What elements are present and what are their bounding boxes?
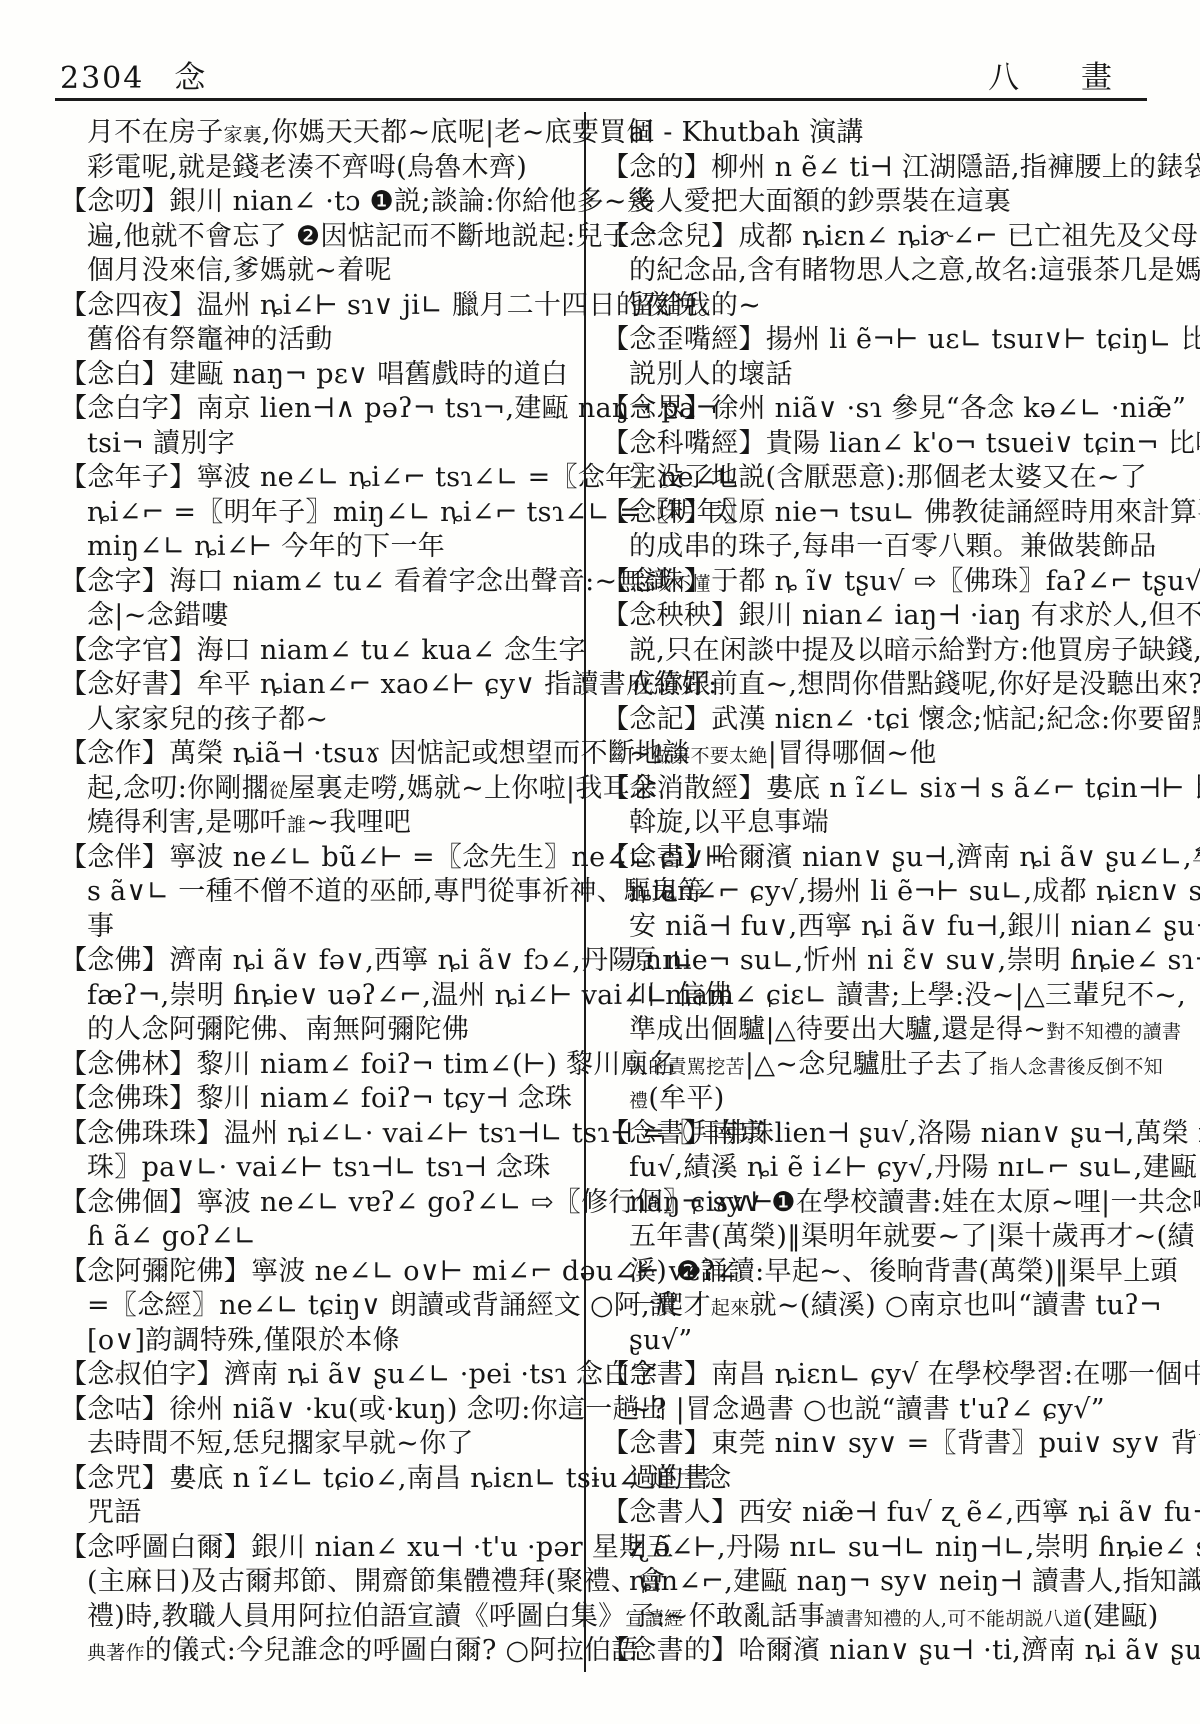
text-line: 的人念阿彌陀佛、南無阿彌陀佛	[60, 1013, 580, 1048]
text-line: 【念書】東莞 nin∨ sy∨ =〖背書〗pui∨ sy∨ 背誦念	[602, 1427, 1162, 1462]
text-segment: ʐ ə̃∠⊢,丹陽 nɪ∟ su⊣∟ niŋ⊣∟,崇明 ɦȵie∠ sɿ¬	[629, 1532, 1200, 1563]
text-line: 【念咒】婁底 n ĩ∠∟ tɕio∠,南昌 ȵiɛn∟ tsɨu∠ 道士念	[60, 1462, 580, 1497]
text-line: 準成出個驢|△待要出大驢,還是得~對不知禮的讀書	[602, 1013, 1162, 1048]
text-line: 【念的】柳州 n ẽ∠ ti⊣ 江湖隱語,指褲腰上的錶袋,許	[602, 151, 1162, 186]
text-segment: 溪) ❷誦讀:早起~、後晌背書(萬榮)‖渠早上頭	[629, 1256, 1178, 1287]
text-segment: ~? |冒念過書 ○也説“讀書 t'uʔ∠ ɕy√”	[629, 1394, 1105, 1425]
text-segment: 遍,他就不會忘了 ❷因惦記而不斷地説起:兒子一	[87, 221, 657, 252]
text-line: =〖念經〗ne∠∟ tɕiŋ∨ 朗讀或背誦經文 ○阿,讀	[60, 1289, 580, 1324]
text-line: al - Khutbah 演講	[602, 116, 1162, 151]
text-segment: 多人愛把大面額的鈔票裝在這裏	[629, 186, 1011, 217]
text-segment: al - Khutbah 演講	[629, 117, 864, 148]
small-gloss: 對不知禮的讀書	[1046, 1021, 1181, 1043]
small-gloss: 典著作	[87, 1642, 145, 1664]
text-segment: 在你跟前直~,想問你借點錢呢,你好是没聽出來?	[629, 669, 1200, 700]
text-line: 事	[60, 910, 580, 945]
text-line: 子:~伓敢亂話事讀書知禮的人,可不能胡説八道(建甌)	[602, 1600, 1162, 1635]
text-line: 起,念叨:你剛擱從屋裏走嘮,媽就~上你啦|我耳朵	[60, 772, 580, 807]
text-line: ɦ ã∠ goʔ∠∟	[60, 1220, 580, 1255]
text-line: 月不在房子家裏,你媽天天都~底呢|老~底要買個	[60, 116, 580, 151]
text-segment: 個月没來信,爹媽就~着呢	[87, 255, 392, 286]
text-line: 【念書】哈爾濱 nian∨ ʂu⊣,濟南 ȵi ã∨ ʂu∠∟,牟平	[602, 841, 1162, 876]
small-gloss: 起來	[711, 1297, 750, 1319]
text-segment: 彩電呢,就是錢老湊不齊呣(烏魯木齊)	[87, 152, 527, 183]
text-segment: [o∨]韵調特殊,僅限於本條	[87, 1325, 400, 1356]
text-line: naŋ¬ sy∨ ❶在學校讀書:娃在太原~哩|一共念嘮	[602, 1186, 1162, 1221]
text-line: 【念歪嘴經】揚州 li ẽ¬⊢ uɛ∟ tsuɪ∨⊢ tɕiŋ∟ 比喻背後	[602, 323, 1162, 358]
text-line: 川 niam∠ ɕiɛ∟ 讀書;上學:没~|△三輩兒不~,	[602, 979, 1162, 1014]
text-segment: 斡旋,以平息事端	[629, 807, 829, 838]
text-segment: |△~念兒驢肚子去了	[745, 1049, 989, 1080]
text-segment: 【念佛林】黎川 niam∠ foiʔ¬ tim∠(⊢) 黎川廟名	[60, 1049, 675, 1080]
text-line: 斡旋,以平息事端	[602, 806, 1162, 841]
text-line: 珠〗pa∨∟· vai∠⊢ tsɿ⊣∟ tsɿ⊣ 念珠	[60, 1151, 580, 1186]
text-segment: 【念消散經】婁底 n ĩ∠∟ siɤ⊣ s ã∠⌐ tɕin⊣⊢ 比喻居中	[602, 773, 1200, 804]
text-segment: 【念珠】太原 nie¬ tsu∟ 佛教徒誦經時用來計算次數	[602, 497, 1200, 528]
text-line: fu√,績溪 ȵi ẽ i∠⊢ ɕy√,丹陽 nɪ∟⌐ su∟,建甌	[602, 1151, 1162, 1186]
text-segment: 【念思】徐州 niã∨ ·sɿ 參見“各念 kə∠∟ ·niæ̃”	[602, 393, 1186, 424]
text-line: 【念科嘴經】貴陽 lian∠ k'o¬ tsuei∨ tɕin¬ 比喻人没	[602, 427, 1162, 462]
text-segment: ȵin∠⌐,建甌 naŋ¬ sy∨ neiŋ⊣ 讀書人,指知識分	[629, 1566, 1200, 1597]
text-segment: |冒得哪個~他	[768, 738, 937, 769]
text-segment: 【念佛】濟南 ȵi ã∨ fə∨,西寧 ȵi ã∨ fɔ∠,丹陽 nɪ∟	[60, 945, 694, 976]
text-line: 【念白】建甌 naŋ¬ pɛ∨ 唱舊戲時的道白	[60, 358, 580, 393]
text-segment: ,你媽天天都~底呢|老~底要買個	[262, 117, 654, 148]
text-segment: 留給我的~	[629, 290, 761, 321]
text-segment: fu√,績溪 ȵi ẽ i∠⊢ ɕy√,丹陽 nɪ∟⌐ su∟,建甌	[629, 1152, 1197, 1183]
text-segment: 的紀念品,含有睹物思人之意,故名:這張茶几是媽	[629, 255, 1200, 286]
text-line: 溪) ❷誦讀:早起~、後晌背書(萬榮)‖渠早上頭	[602, 1255, 1162, 1290]
text-segment: 去時間不短,恁兒擱家早就~你了	[87, 1428, 474, 1459]
text-segment: 川 niam∠ ɕiɛ∟ 讀書;上學:没~|△三輩兒不~,	[629, 980, 1186, 1011]
text-segment: 【念書】南昌 ȵiɛn∟ ɕy√ 在學校學習:在哪一個中學	[602, 1359, 1200, 1390]
text-line: 禮)時,教職人員用阿拉伯語宣讀《呼圖白集》宣讀經	[60, 1600, 580, 1635]
text-line: 完没了地説(含厭惡意):那個老太婆又在~了	[602, 461, 1162, 496]
text-segment: 的成串的珠子,每串一百零八顆。兼做裝飾品	[629, 531, 1157, 562]
text-line: 【念作】萬榮 ȵiã⊣ ·tsuɤ 因惦記或想望而不斷地談	[60, 737, 580, 772]
text-segment: 安 niã⊣ fu∨,西寧 ȵi ã∨ fu⊣,銀川 nian∠ ʂu⊣,太	[629, 911, 1200, 942]
text-line: 人家家兒的孩子都~	[60, 703, 580, 738]
small-gloss: 家裏	[224, 124, 263, 146]
dictionary-page: 2304念 八 畫 月不在房子家裏,你媽天天都~底呢|老~底要買個彩電呢,就是錢…	[0, 0, 1200, 1724]
text-line: 【念阿彌陀佛】寧波 ne∠∟ o∨⊢ mi∠⌐ dəu∠⊢ vɐʔ∠	[60, 1255, 580, 1290]
text-segment: 【念歪嘴經】揚州 li ẽ¬⊢ uɛ∟ tsuɪ∨⊢ tɕiŋ∟ 比喻背後	[602, 324, 1200, 355]
text-segment: 原 nie¬ su∟,忻州 ni ɛ̃∨ su∨,崇明 ɦȵie∠ sɿ¬,黎	[629, 945, 1200, 976]
text-line: 過的書	[602, 1462, 1162, 1497]
text-segment: 舊俗有祭竈神的活動	[87, 324, 333, 355]
text-line: 安 niã⊣ fu∨,西寧 ȵi ã∨ fu⊣,銀川 nian∠ ʂu⊣,太	[602, 910, 1162, 945]
text-segment: 【念叨】銀川 nian∠ ·tɔ ❶説;談論:你給他多~幾	[60, 186, 654, 217]
text-segment: 【念作】萬榮 ȵiã⊣ ·tsuɤ 因惦記或想望而不斷地談	[60, 738, 690, 769]
text-segment: (建甌)	[1082, 1601, 1158, 1632]
text-segment: 完没了地説(含厭惡意):那個老太婆又在~了	[629, 462, 1147, 493]
text-segment: 準成出個驢|△待要出大驢,還是得~	[629, 1014, 1046, 1045]
text-line: 【念書的】哈爾濱 nian∨ ʂu⊣ ·ti,濟南 ȵi ã∨ ʂu∠∟	[602, 1634, 1162, 1669]
small-gloss: 禮	[629, 1090, 648, 1112]
text-segment: 【念珠】于都 ȵ ĩ∨ tʂu√ ⇨〖佛珠〗faʔ∠⌐ tʂu√	[602, 566, 1200, 597]
text-line: 遍,他就不會忘了 ❷因惦記而不斷地説起:兒子一	[60, 220, 580, 255]
text-line: 【念叔伯字】濟南 ȵi ã∨ ʂu∠∟ ·pei ·tsɿ 念白字	[60, 1358, 580, 1393]
small-gloss: 從	[269, 780, 288, 802]
header-rule	[55, 98, 1147, 101]
text-line: 留給我的~	[602, 289, 1162, 324]
small-gloss: 指人念書後反倒不知	[989, 1056, 1163, 1078]
text-segment: 【念書】東莞 nin∨ sy∨ =〖背書〗pui∨ sy∨ 背誦念	[602, 1428, 1200, 1459]
text-segment: 燒得利害,是哪吀	[87, 807, 287, 838]
text-segment: 説別人的壞話	[629, 359, 793, 390]
text-segment: 珠〗pa∨∟· vai∠⊢ tsɿ⊣∟ tsɿ⊣ 念珠	[87, 1152, 551, 1183]
text-line: 【念佛個】寧波 ne∠∟ vɐʔ∠ goʔ∠∟ ⇨〖修行個〗ɕiɤ∨⊢	[60, 1186, 580, 1221]
small-gloss: 做事不要太絶	[652, 745, 768, 767]
text-line: 【念書】南京 lien⊣ ʂu√,洛陽 nian∨ ʂu⊣,萬榮 ȵiæ̃∨	[602, 1117, 1162, 1152]
text-line: ~? |冒念過書 ○也説“讀書 t'uʔ∠ ɕy√”	[602, 1393, 1162, 1428]
text-line: 禮(牟平)	[602, 1082, 1162, 1117]
small-gloss: 誰	[287, 814, 306, 836]
text-line: 舊俗有祭竈神的活動	[60, 323, 580, 358]
text-line: 説,只在闲談中提及以暗示給對方:他買房子缺錢,	[602, 634, 1162, 669]
text-segment: 【念字官】海口 niam∠ tu∠ kua∠ 念生字	[60, 635, 586, 666]
text-line: 【念字官】海口 niam∠ tu∠ kua∠ 念生字	[60, 634, 580, 669]
text-line: 念|~念錯嘍	[60, 599, 580, 634]
text-segment: 【念書】哈爾濱 nian∨ ʂu⊣,濟南 ȵi ã∨ ʂu∠∟,牟平	[602, 842, 1200, 873]
text-segment: =〖念經〗ne∠∟ tɕiŋ∨ 朗讀或背誦經文 ○阿,讀	[87, 1290, 677, 1321]
text-line: 【念佛林】黎川 niam∠ foiʔ¬ tim∠(⊢) 黎川廟名	[60, 1048, 580, 1083]
small-gloss: 人的責駡挖苦	[629, 1056, 745, 1078]
text-segment: 人家家兒的孩子都~	[87, 704, 328, 735]
text-segment: 的儀式:今兒誰念的呼圖白爾? ○阿拉伯語	[145, 1635, 639, 1666]
text-line: s ã∨∟ 一種不僧不道的巫師,專門從事祈神、驅鬼等	[60, 875, 580, 910]
text-segment: ʂu√”	[629, 1325, 692, 1356]
text-segment: ȵian∠⌐ ɕy√,揚州 li ẽ¬⊢ su∟,成都 ȵiɛn∨ su¬,西	[629, 876, 1200, 907]
text-line: 【念佛】濟南 ȵi ã∨ fə∨,西寧 ȵi ã∨ fɔ∠,丹陽 nɪ∟	[60, 944, 580, 979]
text-segment: 【念字】海口 niam∠ tu∠ 看着字念出聲音:~無識	[60, 566, 672, 597]
text-line: 【念呼圖白爾】銀川 nian∠ xu⊣ ·t'u ·pər 星期五	[60, 1531, 580, 1566]
text-line: 【念書】南昌 ȵiɛn∟ ɕy√ 在學校學習:在哪一個中學	[602, 1358, 1162, 1393]
page-number: 2304	[60, 61, 144, 96]
text-line: 的成串的珠子,每串一百零八顆。兼做裝飾品	[602, 530, 1162, 565]
column-right: al - Khutbah 演講【念的】柳州 n ẽ∠ ti⊣ 江湖隱語,指褲腰上…	[602, 116, 1162, 1669]
text-line: 在你跟前直~,想問你借點錢呢,你好是没聽出來?	[602, 668, 1162, 703]
text-line: 多人愛把大面額的鈔票裝在這裏	[602, 185, 1162, 220]
text-segment: 子:~伓敢亂話事	[629, 1601, 825, 1632]
text-segment: ~我哩吧	[306, 807, 411, 838]
text-line: 【念咕】徐州 niã∨ ·ku(或·kuŋ) 念叨:你這一趟出	[60, 1393, 580, 1428]
text-segment: 月不在房子	[87, 117, 224, 148]
text-segment: 禮)時,教職人員用阿拉伯語宣讀《呼圖白集》	[87, 1601, 625, 1632]
text-segment: 【念科嘴經】貴陽 lian∠ k'o¬ tsuei∨ tɕin¬ 比喻人没	[602, 428, 1200, 459]
text-line: 彩電呢,就是錢老湊不齊呣(烏魯木齊)	[60, 151, 580, 186]
text-segment: 【念的】柳州 n ẽ∠ ti⊣ 江湖隱語,指褲腰上的錶袋,許	[602, 152, 1200, 183]
text-line: 【念字】海口 niam∠ tu∠ 看着字念出聲音:~無識不懂	[60, 565, 580, 600]
text-line: ʂu√”	[602, 1324, 1162, 1359]
text-line: ȵian∠⌐ ɕy√,揚州 li ẽ¬⊢ su∟,成都 ȵiɛn∨ su¬,西	[602, 875, 1162, 910]
text-line: 原 nie¬ su∟,忻州 ni ɛ̃∨ su∨,崇明 ɦȵie∠ sɿ¬,黎	[602, 944, 1162, 979]
text-segment: 【念記】武漢 niɛn∠ ·tɕi 懷念;惦記;紀念:你要留點	[602, 704, 1200, 735]
text-line: 【念伴】寧波 ne∠∟ bũ∠⊢ =〖念先生〗ne∠∟ ɕi∨⊢	[60, 841, 580, 876]
text-segment: 【念書的】哈爾濱 nian∨ ʂu⊣ ·ti,濟南 ȵi ã∨ ʂu∠∟	[602, 1635, 1200, 1666]
text-line: 燒得利害,是哪吀誰~我哩吧	[60, 806, 580, 841]
text-segment: 【念白】建甌 naŋ¬ pɛ∨ 唱舊戲時的道白	[60, 359, 568, 390]
text-segment: 的人念阿彌陀佛、南無阿彌陀佛	[87, 1014, 469, 1045]
text-line: ȵin∠⌐,建甌 naŋ¬ sy∨ neiŋ⊣ 讀書人,指知識分	[602, 1565, 1162, 1600]
text-line: fæʔ¬,崇明 ɦȵie∨ uəʔ∠⌐,温州 ȵi∠⊢ vai∠∟ 信佛	[60, 979, 580, 1014]
text-line: 【念好書】牟平 ȵian∠⌐ xao∠⊢ ɕy∨ 指讀書成績好:	[60, 668, 580, 703]
text-segment: 【念秧秧】銀川 nian∠ iaŋ⊣ ·iaŋ 有求於人,但不直	[602, 600, 1200, 631]
page-header: 2304念 八 畫	[60, 52, 1142, 94]
text-line: 【念珠】太原 nie¬ tsu∟ 佛教徒誦經時用來計算次數	[602, 496, 1162, 531]
text-segment: 【念書人】西安 niæ̃⊣ fu√ ʐ ẽ∠,西寧 ȵi ã∨ fu⊣	[602, 1497, 1200, 1528]
text-line: 【念佛珠珠】温州 ȵi∠∟· vai∠⊢ tsɿ⊣∟ tsɿ⊣ =〖拜佛珠	[60, 1117, 580, 1152]
text-line: 【念秧秧】銀川 nian∠ iaŋ⊣ ·iaŋ 有求於人,但不直	[602, 599, 1162, 634]
text-line: 【念珠】于都 ȵ ĩ∨ tʂu√ ⇨〖佛珠〗faʔ∠⌐ tʂu√	[602, 565, 1162, 600]
text-segment: 【念念兒】成都 ȵiɛn∠ ȵiɚ∠⌐ 已亡祖先及父母留下來	[602, 221, 1200, 252]
text-line: 典著作的儀式:今兒誰念的呼圖白爾? ○阿拉伯語	[60, 1634, 580, 1669]
text-segment: 就~(績溪) ○南京也叫“讀書 tuʔ¬	[750, 1290, 1163, 1321]
text-line: ȵi∠⌐ =〖明年子〗miŋ∠∟ ȵi∠⌐ tsɿ∠∟ =〖明年〗	[60, 496, 580, 531]
text-line: 【念年子】寧波 ne∠∟ ȵi∠⌐ tsɿ∠∟ =〖念年〗ne∠∟	[60, 461, 580, 496]
text-segment: (主麻日)及古爾邦節、開齋節集體禮拜(聚禮、會	[87, 1566, 666, 1597]
text-line: 【念白字】南京 lien⊣∧ pəʔ¬ tsɿ¬,建甌 naŋ¬ pa¬	[60, 392, 580, 427]
text-line: 個月没來信,爹媽就~着呢	[60, 254, 580, 289]
text-line: 去時間不短,恁兒擱家早就~你了	[60, 1427, 580, 1462]
text-line: 説別人的壞話	[602, 358, 1162, 393]
text-line: 【念思】徐州 niã∨ ·sɿ 參見“各念 kə∠∟ ·niæ̃”	[602, 392, 1162, 427]
text-line: 【念記】武漢 niɛn∠ ·tɕi 懷念;惦記;紀念:你要留點	[602, 703, 1162, 738]
text-line: 【念念兒】成都 ȵiɛn∠ ȵiɚ∠⌐ 已亡祖先及父母留下來	[602, 220, 1162, 255]
text-line: 【念四夜】温州 ȵi∠⊢ sɿ∨ ji∟ 臘月二十四日的夜晚。	[60, 289, 580, 324]
text-segment: 説,只在闲談中提及以暗示給對方:他買房子缺錢,	[629, 635, 1200, 666]
text-line: 【念書人】西安 niæ̃⊣ fu√ ʐ ẽ∠,西寧 ȵi ã∨ fu⊣	[602, 1496, 1162, 1531]
text-segment: 【念叔伯字】濟南 ȵi ã∨ ʂu∠∟ ·pei ·tsɿ 念白字	[60, 1359, 658, 1390]
text-segment: 事	[87, 911, 114, 942]
small-gloss: 讀書知禮的人,可不能胡説八道	[825, 1608, 1082, 1630]
text-line: 咒語	[60, 1496, 580, 1531]
text-segment: 【念佛珠】黎川 niam∠ foiʔ¬ tɕy⊣ 念珠	[60, 1083, 572, 1114]
text-segment: 一爬才	[629, 1290, 711, 1321]
text-line: 五年書(萬榮)‖渠明年就要~了|渠十歲再才~(績	[602, 1220, 1162, 1255]
text-line: 【念佛珠】黎川 niam∠ foiʔ¬ tɕy⊣ 念珠	[60, 1082, 580, 1117]
text-segment: 【念呼圖白爾】銀川 nian∠ xu⊣ ·t'u ·pər 星期五	[60, 1532, 674, 1563]
text-line: tsi¬ 讀別字	[60, 427, 580, 462]
text-segment: 五年書(萬榮)‖渠明年就要~了|渠十歲再才~(績	[629, 1221, 1195, 1252]
text-segment: ɦ ã∠ goʔ∠∟	[87, 1221, 257, 1252]
section-label: 八 畫	[988, 52, 1138, 97]
text-line: 人的責駡挖苦|△~念兒驢肚子去了指人念書後反倒不知	[602, 1048, 1162, 1083]
text-line: 【念叨】銀川 nian∠ ·tɔ ❶説;談論:你給他多~幾	[60, 185, 580, 220]
text-segment: 【念書】南京 lien⊣ ʂu√,洛陽 nian∨ ʂu⊣,萬榮 ȵiæ̃∨	[602, 1118, 1200, 1149]
text-line: ~做事不要太絶|冒得哪個~他	[602, 737, 1162, 772]
text-segment: (牟平)	[648, 1083, 724, 1114]
text-segment: 起,念叨:你剛擱	[87, 773, 269, 804]
text-line: 一爬才起來就~(績溪) ○南京也叫“讀書 tuʔ¬	[602, 1289, 1162, 1324]
text-segment: 【念咕】徐州 niã∨ ·ku(或·kuŋ) 念叨:你這一趟出	[60, 1394, 667, 1425]
running-headword: 念	[174, 60, 205, 96]
text-line: [o∨]韵調特殊,僅限於本條	[60, 1324, 580, 1359]
text-segment: 念|~念錯嘍	[87, 600, 229, 631]
text-line: 【念消散經】婁底 n ĩ∠∟ siɤ⊣ s ã∠⌐ tɕin⊣⊢ 比喻居中	[602, 772, 1162, 807]
text-line: (主麻日)及古爾邦節、開齋節集體禮拜(聚禮、會	[60, 1565, 580, 1600]
text-line: 的紀念品,含有睹物思人之意,故名:這張茶几是媽	[602, 254, 1162, 289]
column-left: 月不在房子家裏,你媽天天都~底呢|老~底要買個彩電呢,就是錢老湊不齊呣(烏魯木齊…	[60, 116, 580, 1669]
text-segment: miŋ∠∟ ȵi∠⊢ 今年的下一年	[87, 531, 445, 562]
text-segment: ~	[629, 738, 652, 769]
text-line: ʐ ə̃∠⊢,丹陽 nɪ∟ su⊣∟ niŋ⊣∟,崇明 ɦȵie∠ sɿ¬	[602, 1531, 1162, 1566]
text-segment: 過的書	[629, 1463, 711, 1494]
text-segment: naŋ¬ sy∨ ❶在學校讀書:娃在太原~哩|一共念嘮	[629, 1187, 1200, 1218]
text-line: miŋ∠∟ ȵi∠⊢ 今年的下一年	[60, 530, 580, 565]
text-segment: 咒語	[87, 1497, 142, 1528]
text-segment: tsi¬ 讀別字	[87, 428, 235, 459]
